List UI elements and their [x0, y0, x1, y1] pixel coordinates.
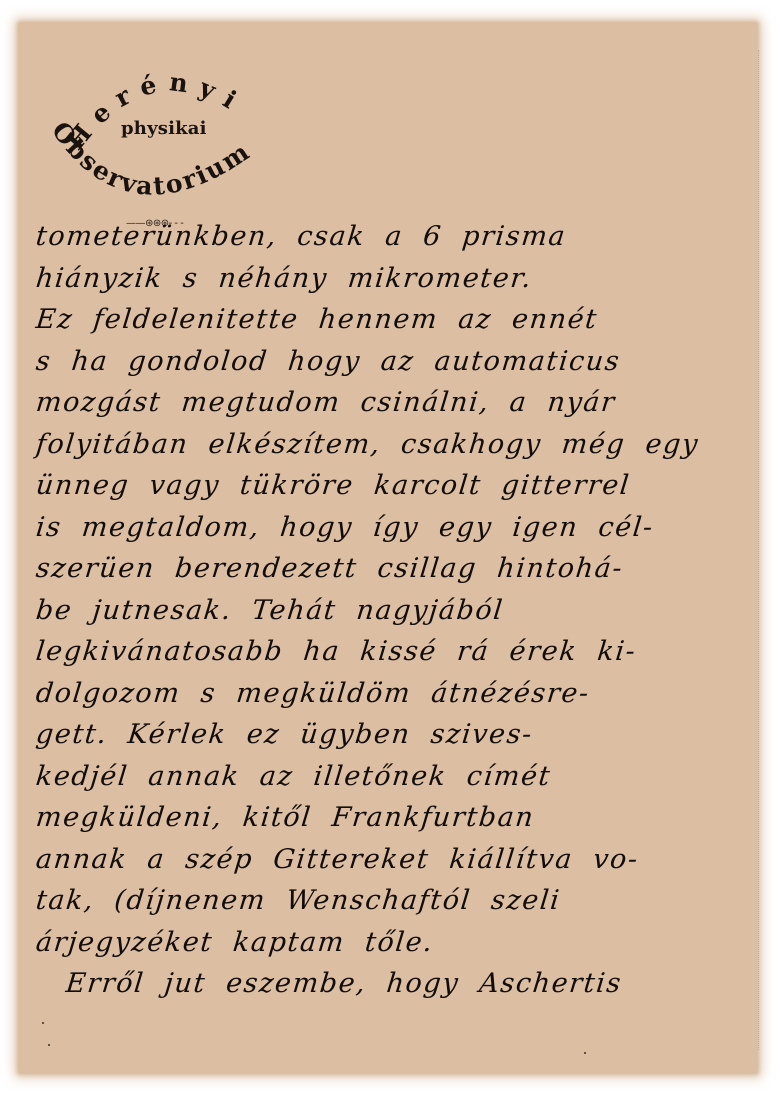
- letter-line: s ha gondolod hogy az automaticus: [34, 341, 750, 383]
- letter-line: szerüen berendezett csillag hintohá-: [34, 548, 750, 590]
- letter-line: legkivánatosabb ha kissé rá érek ki-: [34, 631, 750, 673]
- letter-line: gett. Kérlek ez ügyben szives-: [34, 714, 750, 756]
- letter-line: megküldeni, kitől Frankfurtban: [34, 797, 750, 839]
- letter-line: annak a szép Gittereket kiállítva vo-: [34, 839, 750, 881]
- letter-line: ünneg vagy tükröre karcolt gitterrel: [34, 465, 750, 507]
- letter-body: tometerünkben, csak a 6 prisma hiányzik …: [36, 216, 748, 1005]
- letter-line: árjegyzéket kaptam tőle.: [34, 922, 750, 964]
- paper-speck: [42, 1022, 44, 1024]
- letter-line: tak, (díjnenem Wenschaftól szeli: [34, 880, 750, 922]
- letter-page: Herényi Observatorium physikai ——⊛⊛⊛- - …: [18, 22, 758, 1074]
- paper-speck: [48, 1044, 50, 1046]
- paper-speck: [584, 1052, 586, 1054]
- letter-line: hiányzik s néhány mikrometer.: [34, 258, 750, 300]
- letter-line: dolgozom s megküldöm átnézésre-: [34, 673, 750, 715]
- letter-line: Erről jut eszembe, hogy Aschertis: [34, 963, 750, 1005]
- letter-line: mozgást megtudom csinálni, a nyár: [34, 382, 750, 424]
- letter-line: is megtaldom, hogy így egy igen cél-: [34, 507, 750, 549]
- letter-line: tometerünkben, csak a 6 prisma: [34, 216, 750, 258]
- letterhead: Herényi Observatorium physikai ——⊛⊛⊛- - …: [28, 42, 318, 232]
- fold-line: [758, 50, 759, 1050]
- letter-line: folyitában elkészítem, csakhogy még egy: [34, 424, 750, 466]
- letterhead-physikai: physikai: [121, 118, 207, 139]
- letter-line: Ez feldelenitette hennem az ennét: [34, 299, 750, 341]
- letter-line: be jutnesak. Tehát nagyjából: [34, 590, 750, 632]
- letter-line: kedjél annak az illetőnek címét: [34, 756, 750, 798]
